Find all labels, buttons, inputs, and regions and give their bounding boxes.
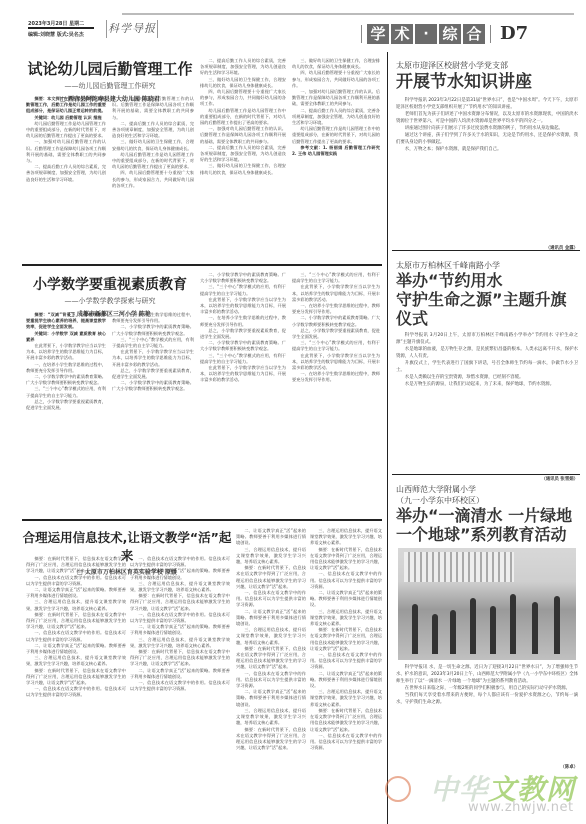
article-paragraph: 三、合理运用信息技术，提升语文课堂教学效果，激发学生学习兴趣，培养语文核心素养。 bbox=[236, 547, 306, 566]
article-paragraph: 二、让语文教学真正“活”起来的策略。教师要善于利用多媒体进行情境创设。 bbox=[26, 643, 126, 655]
story-title-line: 一个地球”系列教育活动 bbox=[396, 525, 578, 544]
article-paragraph: 三、做好幼儿园的卫生保健工作，合理安排幼儿的饮食，保证幼儿身体健康成长。 bbox=[200, 163, 286, 175]
story-paragraph: 讲座通过图片向孩子们展示了许多过度浪费水资源的例子，节约用水从身边做起。 bbox=[396, 125, 578, 132]
article-paragraph: 二、小学数学教学中的素质教育策略。广大小学数学教师要积极转变教学观念。 bbox=[292, 315, 380, 327]
article-paragraph: 二、提高后勤工作人员的综合素质，完善各项规章制度，加强安全管理，为幼儿创造良好的… bbox=[200, 145, 286, 164]
article-2-column-4: 三、“三个中心”教学模式的应用，有利于提高学生的自主学习能力。 在此背景下，小学… bbox=[292, 272, 380, 514]
article-paragraph: 三、“三个中心”教学模式的应用，有利于提高学生的自主学习能力。 bbox=[292, 340, 380, 352]
article-paragraph: 二、小学数学教学中的素质教育策略。广大小学数学教师要积极转变教学观念。 bbox=[112, 324, 194, 336]
article-paragraph: 三、做好幼儿园的卫生保健工作，合理安排幼儿的饮食，保证幼儿身体健康成长。 bbox=[112, 139, 194, 151]
section-dot: · bbox=[415, 24, 437, 44]
red-stamp bbox=[385, 776, 411, 802]
article-paragraph: 一、在培养小学生数学思维的过程中，教师要充分发挥引导作用。 bbox=[292, 371, 380, 383]
story-paragraph: 科学导报讯 3月20日上午，太原市万柏林区千峰南路小学举办“节约用水 守护生命之… bbox=[396, 332, 578, 346]
article-paragraph: 一、信息技术在语文教学中的作用。信息技术可以为学生提供丰富的学习资源。 bbox=[310, 571, 382, 590]
article-keywords: 关键词：小学数学 双减 素质教育 核心素养 bbox=[26, 331, 106, 343]
article-paragraph: 二、让语文教学真正“活”起来的策略。教师要善于利用多媒体进行情境创设。 bbox=[236, 528, 306, 547]
story-paragraph: 科学导报讯 2023年3月22日是第31届“世界水日”，也是“中国水周”。今天下… bbox=[396, 97, 578, 111]
article-paragraph: 摘要：在新时代背景下，信息技术在语文教学中得到了广泛应用，合理运用信息技术能够激… bbox=[236, 727, 306, 752]
article-paragraph: 二、让语文教学真正“活”起来的策略。教师要善于利用多媒体进行情境创设。 bbox=[236, 609, 306, 628]
story-kicker-line: （九一小学东中环校区） bbox=[396, 495, 578, 506]
article-paragraph: 三、“三个中心”教学模式的应用，有利于提高学生的自主学习能力。 bbox=[26, 386, 106, 398]
article-paragraph: 摘要：在新时代背景下，信息技术在语文教学中得到了广泛应用，合理运用信息技术能够激… bbox=[26, 556, 126, 575]
story-paragraph: 升旗仪式上，学生代表进行了国旗下讲话，号召全体师生节约每一滴水，争做节水小卫士。 bbox=[396, 360, 578, 374]
article-paragraph: 三、合理运用信息技术，提升语文课堂教学效果，激发学生学习兴趣，培养语文核心素养。 bbox=[236, 708, 306, 727]
column-divider bbox=[387, 52, 388, 824]
photo-figure bbox=[470, 598, 476, 654]
article-paragraph: 三、做好幼儿园的卫生保健工作，合理安排幼儿的饮食，保证幼儿身体健康成长。 bbox=[200, 77, 286, 89]
article-1-column-2: 一、加强对幼儿园后勤管理工作的认识。后勤管理工作是保障幼儿园各项工作顺利开展的基… bbox=[112, 96, 194, 260]
section-char: 合 bbox=[463, 24, 485, 44]
article-abstract: 摘要：本文探讨在新形势下的幼儿园后勤管理工作，后勤工作是幼儿园工作的重要组成部分… bbox=[26, 96, 106, 115]
article-3-column-1: 摘要：在新时代背景下，信息技术在语文教学中得到了广泛应用，合理运用信息技术能够激… bbox=[26, 556, 126, 796]
article-paragraph: 总之，小学数学教学要重视素质教育，促进学生全面发展。 bbox=[26, 399, 106, 411]
story-kicker: 太原市迎泽区校尉营小学党支部 bbox=[396, 60, 578, 71]
story-signature: （通讯员 金露） bbox=[396, 245, 578, 251]
article-paragraph: 三、合理运用信息技术，提升语文课堂教学效果，激发学生学习兴趣，培养语文核心素养。 bbox=[130, 581, 230, 593]
photo-figure bbox=[510, 594, 516, 654]
article-paragraph: 一、在培养小学生数学思维的过程中，教师要充分发挥引导作用。 bbox=[200, 315, 286, 327]
article-subhead: ——小学数学教学探索与研究 bbox=[22, 296, 198, 306]
sidebar-story-3-text: 科学导报讯 水，是一切生命之源。近日为了迎接3月22日“世界水日”，为了增强师生… bbox=[396, 664, 578, 770]
story-body: 科学导报讯 水，是一切生命之源。近日为了迎接3月22日“世界水日”，为了增强师生… bbox=[396, 664, 578, 764]
article-paragraph: 三、“三个中心”教学模式的应用，有利于提高学生的自主学习能力。 bbox=[200, 284, 286, 296]
article-paragraph: 一、信息技术在语文教学中的作用。信息技术可以为学生提供丰富的学习资源。 bbox=[130, 680, 230, 692]
photo-figure bbox=[432, 614, 438, 654]
article-paragraph: 三、“三个中心”教学模式的应用，有利于提高学生的自主学习能力。 bbox=[112, 337, 194, 349]
article-subhead: ——幼儿园后勤管理工作研究 bbox=[22, 81, 198, 91]
article-paragraph: 二、提高后勤工作人员的综合素质，完善各项规章制度，加强安全管理，为幼儿创造良好的… bbox=[112, 121, 194, 140]
article-paragraph: 二、让语文教学真正“活”起来的策略。教师要善于利用多媒体进行情境创设。 bbox=[236, 689, 306, 708]
article-paragraph: 一、信息技术在语文教学中的作用。信息技术可以为学生提供丰富的学习资源。 bbox=[236, 590, 306, 609]
article-paragraph: 幼儿园后勤管理工作是幼儿园管理工作中的重要组成部分，在新的时代背景下，对幼儿园的… bbox=[200, 108, 286, 127]
article-paragraph: 二、让语文教学真正“活”起来的策略。教师要善于利用多媒体进行情境创设。 bbox=[130, 568, 230, 580]
story-title-line: 举办“节约用水 bbox=[396, 271, 578, 290]
section-char: 综 bbox=[439, 24, 461, 44]
article-paragraph: 一、信息技术在语文教学中的作用。信息技术可以为学生提供丰富的学习资源。 bbox=[26, 575, 126, 587]
article-paragraph: 三、合理运用信息技术，提升语文课堂教学效果，激发学生学习兴趣，培养语文核心素养。 bbox=[310, 689, 382, 708]
article-1-column-1: 摘要：本文探讨在新形势下的幼儿园后勤管理工作，后勤工作是幼儿园工作的重要组成部分… bbox=[26, 96, 106, 260]
photo-figure bbox=[450, 610, 456, 654]
article-3-column-2: 一、信息技术在语文教学中的作用。信息技术可以为学生提供丰富的学习资源。 二、让语… bbox=[130, 556, 230, 796]
article-paragraph: 二、小学数学教学中的素质教育策略。广大小学数学教师要积极转变教学观念。 bbox=[200, 340, 286, 352]
article-paragraph: 二、小学数学教学中的素质教育策略。广大小学数学教师要积极转变教学观念。 bbox=[200, 272, 286, 284]
article-paragraph: 三、“三个中心”教学模式的应用，有利于提高学生的自主学习能力。 bbox=[292, 272, 380, 284]
article-paragraph: 一、信息技术在语文教学中的作用。信息技术可以为学生提供丰富的学习资源。 bbox=[310, 733, 382, 752]
photo-figure bbox=[532, 602, 538, 654]
article-paragraph: 幼儿园后勤管理工作是幼儿园管理工作中的重要组成部分，在新的时代背景下，对幼儿园的… bbox=[26, 121, 106, 140]
article-paragraph: 一、信息技术在语文教学中的作用。信息技术可以为学生提供丰富的学习资源。 bbox=[236, 671, 306, 690]
divider bbox=[361, 25, 362, 43]
article-paragraph: 二、让语文教学真正“活”起来的策略。教师要善于利用多媒体进行情境创设。 bbox=[26, 587, 126, 599]
article-paragraph: 二、让语文教学真正“活”起来的策略。教师要善于利用多媒体进行情境创设。 bbox=[130, 668, 230, 680]
article-paragraph: 总之，小学数学教学要重视素质教育，促进学生全面发展。 bbox=[292, 328, 380, 340]
article-paragraph: 摘要：在新时代背景下，信息技术在语文教学中得到了广泛应用，合理运用信息技术能够激… bbox=[26, 612, 126, 631]
article-paragraph: 一、在培养小学生数学思维的过程中，教师要充分发挥引导作用。 bbox=[26, 362, 106, 374]
story-title-line: 守护生命之源”主题升旗仪式 bbox=[396, 290, 578, 328]
article-paragraph: 摘要：在新时代背景下，信息技术在语文教学中得到了广泛应用，合理运用信息技术能够激… bbox=[26, 668, 126, 687]
article-paragraph: 一、在培养小学生数学思维的过程中，教师要充分发挥引导作用。 bbox=[292, 303, 380, 315]
article-paragraph: 在此背景下，小学数学教学应当以学生为本，以培养学生的数学思维能力为目标，开展丰富… bbox=[200, 297, 286, 316]
article-paragraph: 三、合理运用信息技术，提升语文课堂教学效果，激发学生学习兴趣，培养语文核心素养。 bbox=[310, 528, 382, 547]
article-paragraph: 二、提高后勤工作人员的综合素质，完善各项规章制度，加强安全管理，为幼儿创造良好的… bbox=[26, 164, 106, 183]
article-paragraph: 在此背景下，小学数学教学应当以学生为本，以培养学生的数学思维能力为目标，开展丰富… bbox=[112, 349, 194, 368]
article-paragraph: 二、小学数学教学中的素质教育策略。广大小学数学教师要积极转变教学观念。 bbox=[112, 380, 194, 392]
story-title-line: 举办“一滴清水 一片绿地 bbox=[396, 506, 578, 525]
divider bbox=[490, 25, 491, 43]
article-headline: 试论幼儿园后勤管理工作 bbox=[22, 58, 198, 79]
story-paragraph: 科学导报讯 水，是一切生命之源。近日为了迎接3月22日“世界水日”，为了增强师生… bbox=[396, 664, 578, 685]
page-number: D7 bbox=[500, 23, 528, 44]
article-paragraph: 总之，小学数学教学要重视素质教育，促进学生全面发展。 bbox=[200, 328, 286, 340]
story-paragraph: 水是地球的血液，是万物生存之源，是民族繁衍昌盛的根本。人类永远离不开水，保护水资… bbox=[396, 346, 578, 360]
article-divider bbox=[22, 519, 382, 521]
article-3-column-3: 二、让语文教学真正“活”起来的策略。教师要善于利用多媒体进行情境创设。 三、合理… bbox=[236, 528, 306, 796]
story-body: 科学导报讯 3月20日上午，太原市万柏林区千峰南路小学举办“节约用水 守护生命之… bbox=[396, 332, 578, 476]
article-paragraph: 在此背景下，小学数学教学应当以学生为本，以培养学生的数学思维能力为目标，开展丰富… bbox=[26, 343, 106, 362]
article-paragraph: 一、信息技术在语文教学中的作用。信息技术可以为学生提供丰富的学习资源。 bbox=[26, 686, 126, 698]
article-paragraph: 一、加强对幼儿园后勤管理工作的认识。后勤管理工作是保障幼儿园各项工作顺利开展的基… bbox=[112, 96, 194, 121]
newspaper-logo: 科学导报 bbox=[106, 20, 158, 38]
article-paragraph: 摘要：在新时代背景下，信息技术在语文教学中得到了广泛应用，合理运用信息技术能够激… bbox=[236, 646, 306, 671]
article-3-column-4: 三、合理运用信息技术，提升语文课堂教学效果，激发学生学习兴趣，培养语文核心素养。… bbox=[310, 528, 382, 796]
article-paragraph: 总之，小学数学教学要重视素质教育，促进学生全面发展。 bbox=[112, 368, 194, 380]
article-paragraph: 四、幼儿园后勤管理要十分重视广大家长的参与，形成家园合力，共同做好幼儿园的各项工… bbox=[200, 89, 286, 108]
article-paragraph: 一、信息技术在语文教学中的作用。信息技术可以为学生提供丰富的学习资源。 bbox=[26, 630, 126, 642]
story-paragraph: 通过这个讲座，孩子们学到了许多关于水的知识，无论是节约用水，还是保护水资源，我们… bbox=[396, 132, 578, 146]
masthead: 2023年3月28日 星期二 编辑:刘晓慧 版式:吴名杰 科学导报 学 术 · … bbox=[0, 0, 586, 46]
article-paragraph: 一、信息技术在语文教学中的作用。信息技术可以为学生提供丰富的学习资源。 bbox=[310, 652, 382, 671]
story-paragraph: 老师们首先为孩子们讲述了中国水资源分布情况，以及太原市的水资源现状，中国的淡水资… bbox=[396, 111, 578, 125]
story-kicker: 太原市万柏林区千峰南路小学 bbox=[396, 260, 578, 271]
story-body: 科学导报讯 2023年3月22日是第31届“世界水日”，也是“中国水周”。今天下… bbox=[396, 97, 578, 245]
photo-figure bbox=[554, 596, 560, 654]
section-char: 术 bbox=[391, 24, 413, 44]
article-1-column-3: 二、提高后勤工作人员的综合素质，完善各项规章制度，加强安全管理，为幼儿创造良好的… bbox=[200, 58, 286, 260]
sidebar-story-3: 山西师范大学附属小学 （九一小学东中环校区） 举办“一滴清水 一片绿地 一个地球… bbox=[396, 484, 578, 544]
story-paragraph: 当我们每天享受着水带来的方便时，每个人都应该有一份爱护水资源之心，节约每一滴水，… bbox=[396, 692, 578, 706]
article-divider bbox=[22, 264, 382, 266]
article-paragraph: 一、信息技术在语文教学中的作用。信息技术可以为学生提供丰富的学习资源。 bbox=[130, 612, 230, 624]
article-keywords: 关键词：幼儿园 后勤管理 认识 措施 bbox=[26, 115, 106, 121]
story-title: 开展节水知识讲座 bbox=[396, 71, 578, 93]
article-paragraph: 一、加强对幼儿园后勤管理工作的认识。后勤管理工作是保障幼儿园各项工作顺利开展的基… bbox=[292, 89, 380, 108]
story-paragraph: 水是万物生长的源泉，让我们行动起来，为了未来，保护地球，节约水资源。 bbox=[396, 381, 578, 388]
article-paragraph: 三、“三个中心”教学模式的应用，有利于提高学生的自主学习能力。 bbox=[200, 353, 286, 365]
article-paragraph: 二、小学数学教学中的素质教育策略。广大小学数学教师要积极转变教学观念。 bbox=[26, 374, 106, 386]
editor-credit: 编辑:刘晓慧 版式:吴名杰 bbox=[28, 31, 84, 38]
article-paragraph: 幼儿园后勤管理工作是幼儿园管理工作中的重要组成部分，在新的时代背景下，对幼儿园的… bbox=[292, 126, 380, 145]
article-paragraph: 二、提高后勤工作人员的综合素质，完善各项规章制度，加强安全管理，为幼儿创造良好的… bbox=[200, 58, 286, 77]
article-paragraph: 在此背景下，小学数学教学应当以学生为本，以培养学生的数学思维能力为目标，开展丰富… bbox=[292, 353, 380, 372]
article-paragraph: 二、提高后勤工作人员的综合素质，完善各项规章制度，加强安全管理，为幼儿创造良好的… bbox=[292, 108, 380, 127]
article-paragraph: 幼儿园后勤管理工作是幼儿园管理工作中的重要组成部分，在新的时代背景下，对幼儿园的… bbox=[112, 152, 194, 171]
article-paragraph: 摘要：在新时代背景下，信息技术在语文教学中得到了广泛应用，合理运用信息技术能够激… bbox=[310, 547, 382, 572]
story-paragraph: 水，万物之本；保护水资源，就是保护我们自己。 bbox=[396, 146, 578, 153]
story-signature: （通讯员 张雪娟） bbox=[396, 476, 578, 482]
article-references: 参考文献：1. 杨丽娟 后勤管理工作研究 2. 王伟 幼儿园管理实践 bbox=[292, 145, 380, 157]
article-paragraph: 三、合理运用信息技术，提升语文课堂教学效果，激发学生学习兴趣，培养语文核心素养。 bbox=[236, 627, 306, 646]
article-headline: 小学数学要重视素质教育 bbox=[22, 274, 198, 294]
masthead-rule bbox=[28, 27, 94, 29]
watermark-url: www.zhwjw.net bbox=[468, 800, 574, 815]
article-paragraph: 摘要：在新时代背景下，信息技术在语文教学中得到了广泛应用，合理运用信息技术能够激… bbox=[310, 627, 382, 652]
story-paragraph: 水是人类赖以生存的宝贵资源，珍惜水资源，已经刻不容缓。 bbox=[396, 374, 578, 381]
story-kicker-line: 山西师范大学附属小学 bbox=[396, 484, 578, 495]
article-paragraph: 二、让语文教学真正“活”起来的策略。教师要善于利用多媒体进行情境创设。 bbox=[130, 624, 230, 636]
article-paragraph: 三、合理运用信息技术，提升语文课堂教学效果，激发学生学习兴趣，培养语文核心素养。 bbox=[26, 599, 126, 611]
article-paragraph: 一、加强对幼儿园后勤管理工作的认识。后勤管理工作是保障幼儿园各项工作顺利开展的基… bbox=[200, 126, 286, 145]
top-rule bbox=[122, 13, 574, 15]
article-paragraph: 三、合理运用信息技术，提升语文课堂教学效果，激发学生学习兴趣，培养语文核心素养。 bbox=[310, 609, 382, 628]
article-paragraph: 二、让语文教学真正“活”起来的策略。教师要善于利用多媒体进行情境创设。 bbox=[310, 671, 382, 690]
story-paragraph: 在世界水日来临之际，一年级2班的同学们积极参与，用自己的实际行动守护水资源。 bbox=[396, 685, 578, 692]
article-paragraph: 在此背景下，小学数学教学应当以学生为本，以培养学生的数学思维能力为目标，开展丰富… bbox=[200, 365, 286, 384]
article-paragraph: 三、做好幼儿园的卫生保健工作，合理安排幼儿的饮食，保证幼儿身体健康成长。 bbox=[292, 58, 380, 70]
article-paragraph: 四、幼儿园后勤管理要十分重视广大家长的参与，形成家园合力，共同做好幼儿园的各项工… bbox=[112, 170, 194, 189]
article-paragraph: 一、加强对幼儿园后勤管理工作的认识。后勤管理工作是保障幼儿园各项工作顺利开展的基… bbox=[26, 139, 106, 164]
article-paragraph: 摘要：在新时代背景下，信息技术在语文教学中得到了广泛应用，合理运用信息技术能够激… bbox=[236, 565, 306, 590]
article-paragraph: 三、合理运用信息技术，提升语文课堂教学效果，激发学生学习兴趣，培养语文核心素养。 bbox=[26, 655, 126, 667]
article-paragraph: 一、在培养小学生数学思维的过程中，教师要充分发挥引导作用。 bbox=[112, 312, 194, 324]
article-paragraph: 四、幼儿园后勤管理要十分重视广大家长的参与，形成家园合力，共同做好幼儿园的各项工… bbox=[292, 70, 380, 89]
sidebar-story-1: 太原市迎泽区校尉营小学党支部 开展节水知识讲座 科学导报讯 2023年3月22日… bbox=[396, 60, 578, 251]
section-char: 学 bbox=[367, 24, 389, 44]
article-paragraph: 摘要：在新时代背景下，信息技术在语文教学中得到了广泛应用，合理运用信息技术能够激… bbox=[130, 593, 230, 612]
article-paragraph: 在此背景下，小学数学教学应当以学生为本，以培养学生的数学思维能力为目标，开展丰富… bbox=[292, 284, 380, 303]
article-1-column-4: 三、做好幼儿园的卫生保健工作，合理安排幼儿的饮食，保证幼儿身体健康成长。 四、幼… bbox=[292, 58, 380, 260]
article-abstract: 摘要：“双减”背景下，小学数学教学要重视学生核心素养的培养，提高课堂教学效率，促… bbox=[26, 312, 106, 331]
article-2-column-1: 摘要：“双减”背景下，小学数学教学要重视学生核心素养的培养，提高课堂教学效率，促… bbox=[26, 312, 106, 514]
article-paragraph: 二、让语文教学真正“活”起来的策略。教师要善于利用多媒体进行情境创设。 bbox=[310, 590, 382, 609]
article-2-column-2: 一、在培养小学生数学思维的过程中，教师要充分发挥引导作用。 二、小学数学教学中的… bbox=[112, 312, 194, 514]
issue-date: 2023年3月28日 星期二 bbox=[28, 20, 84, 27]
photo-figure bbox=[490, 606, 496, 654]
event-photo bbox=[398, 548, 576, 660]
article-paragraph: 三、合理运用信息技术，提升语文课堂教学效果，激发学生学习兴趣，培养语文核心素养。 bbox=[130, 637, 230, 649]
article-paragraph: 一、信息技术在语文教学中的作用。信息技术可以为学生提供丰富的学习资源。 bbox=[130, 556, 230, 568]
article-2-column-3: 二、小学数学教学中的素质教育策略。广大小学数学教师要积极转变教学观念。 三、“三… bbox=[200, 272, 286, 514]
article-paragraph: 摘要：在新时代背景下，信息技术在语文教学中得到了广泛应用，合理运用信息技术能够激… bbox=[130, 649, 230, 668]
article-paragraph: 摘要：在新时代背景下，信息技术在语文教学中得到了广泛应用，合理运用信息技术能够激… bbox=[310, 708, 382, 733]
photo-figure bbox=[412, 604, 418, 654]
section-tag: 学 术 · 综 合 D7 bbox=[358, 23, 528, 44]
photo-building bbox=[404, 552, 514, 582]
sidebar-story-2: 太原市万柏林区千峰南路小学 举办“节约用水 守护生命之源”主题升旗仪式 科学导报… bbox=[396, 260, 578, 482]
